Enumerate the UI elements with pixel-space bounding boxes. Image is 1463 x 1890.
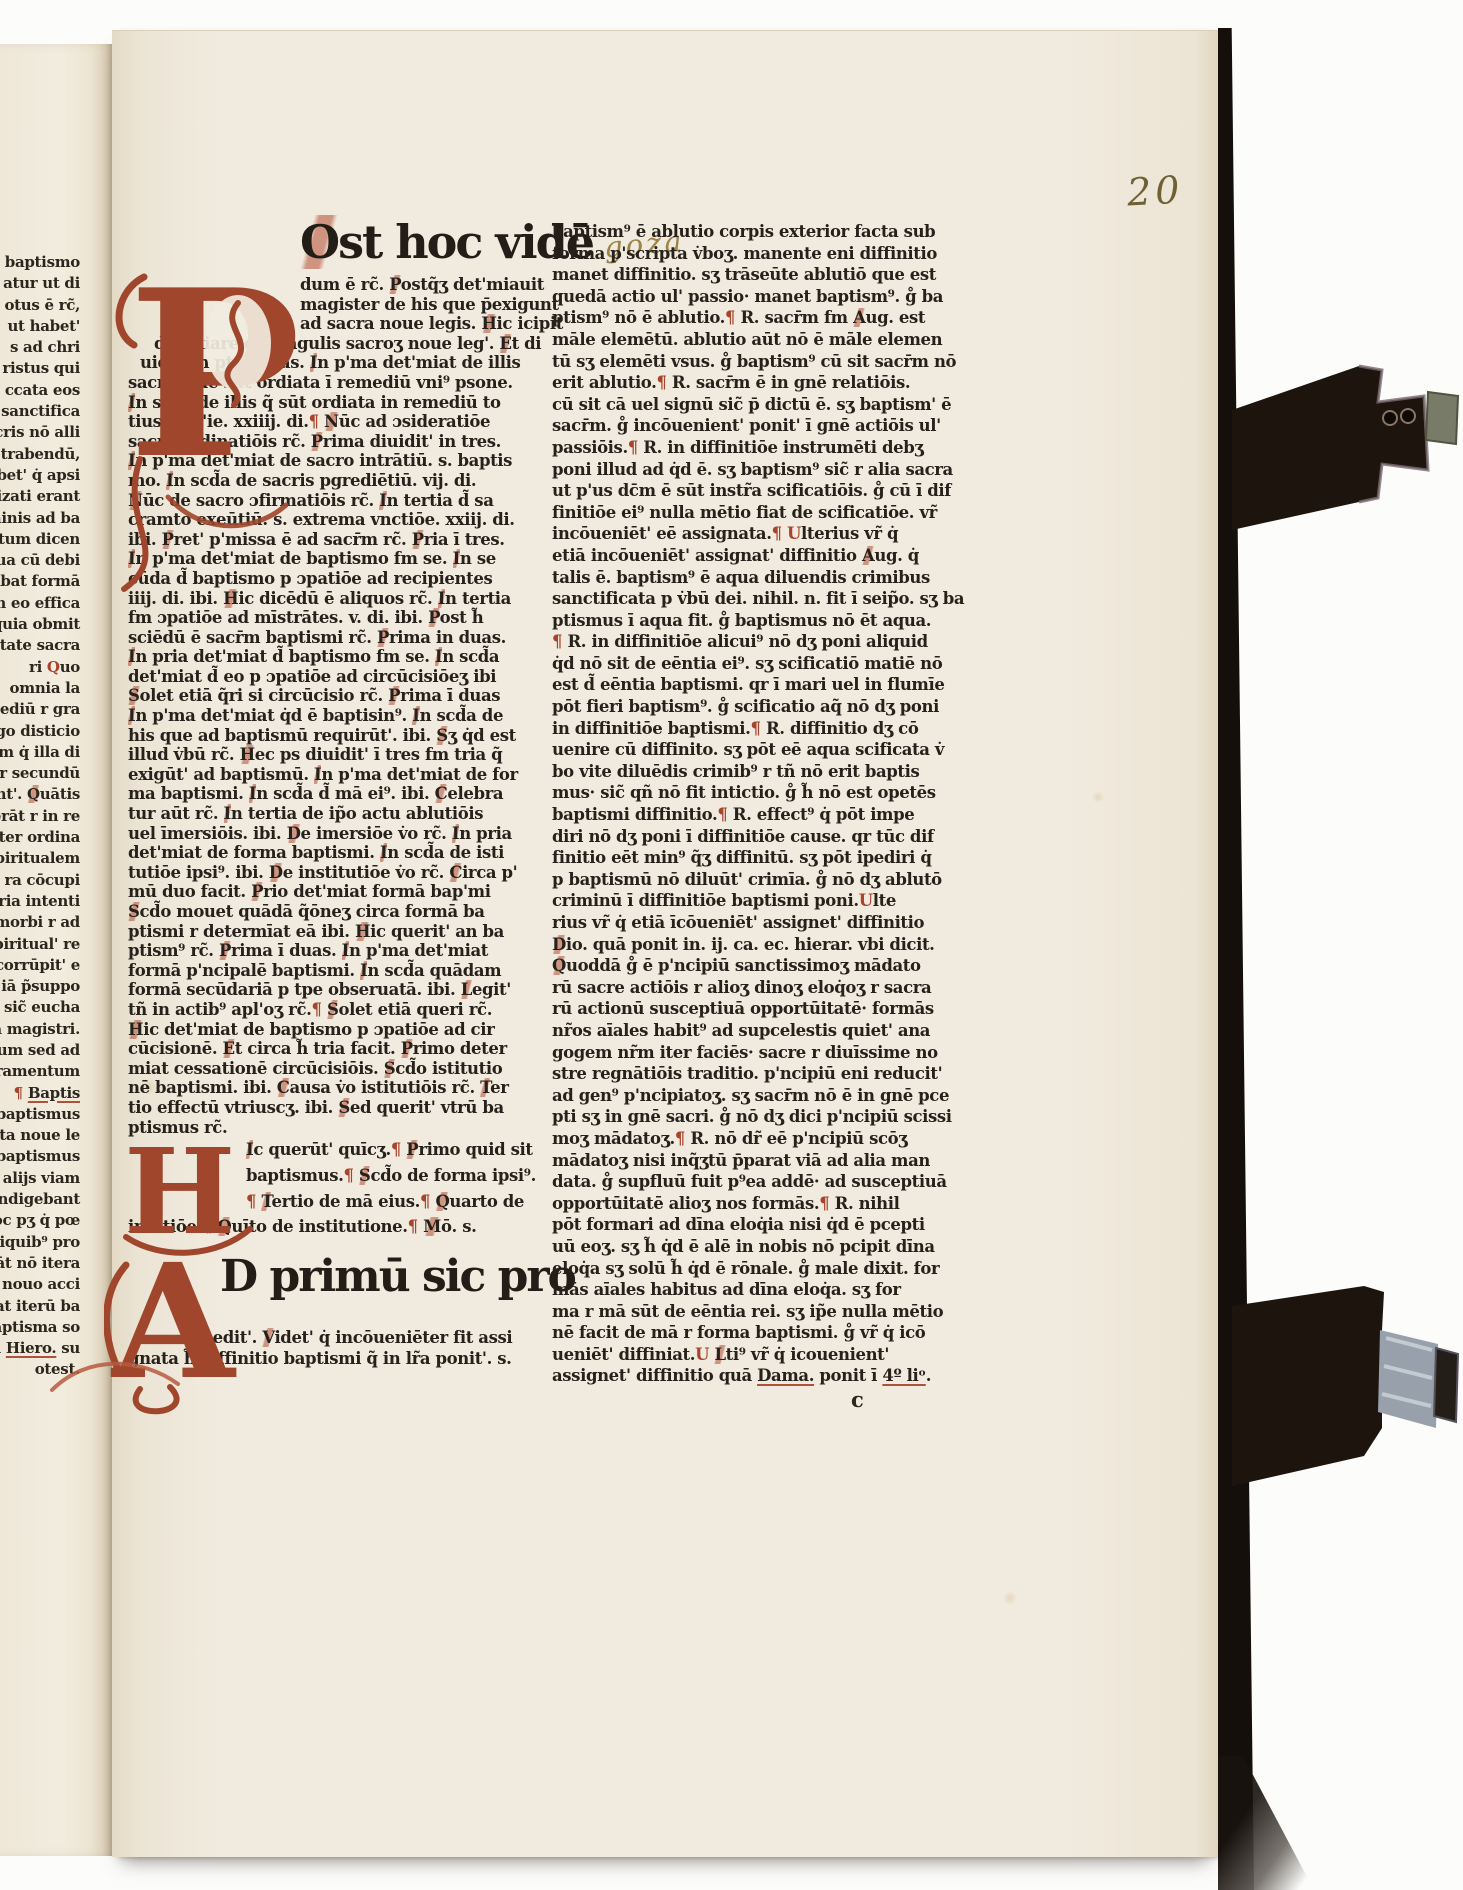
clasp-metal-tip [1426, 392, 1458, 444]
red-pen-flourish [40, 1338, 190, 1408]
text-line: piritual' re [0, 934, 80, 955]
text-line: aptisma so [0, 1317, 80, 1338]
text-line: finitiōe ei⁹ nulla mētio fiat de scifica… [552, 502, 914, 524]
text-line: indigebant [0, 1189, 80, 1210]
text-line: his que ad baptismū requirūt'. ibi. Sʒ q… [128, 726, 506, 746]
illuminated-initial-p: P [110, 247, 306, 593]
foxing-spot [1092, 791, 1104, 803]
previous-page-edge: baptismoatur ut diotus ē rc̃,ut habet's … [0, 44, 118, 1856]
text-line: nouo acci [0, 1274, 80, 1295]
text-line: sciēdū ē sacr̄m baptismi rc̃. Prima in d… [128, 628, 506, 648]
text-line: pōt formari ad dīna eloq̇ia nisi q̇d ē p… [552, 1214, 914, 1236]
text-line: det'miat d̃ eo p ɔpatiōe ad circūcisiōeʒ… [128, 667, 506, 687]
text-line: ria intenti [0, 891, 80, 912]
text-line: q̇d nō sit de eēntia ei⁹. sʒ scificatiō … [552, 653, 914, 675]
text-line: ta noue le [0, 1125, 80, 1146]
text-line: māle elemētū. ablutio aūt nō ē māle elem… [552, 329, 914, 351]
text-line: moʒ mādatoʒ.¶ R. nō dr̃ eē p'ncipiū scōʒ [552, 1128, 914, 1150]
text-line: miat cessationē circūcisiōis. Scd̃o isti… [128, 1059, 506, 1079]
text-line: illud v̇bū rc̃. Hec ps diuidit' ī tres f… [128, 745, 506, 765]
text-line: omnia la [0, 678, 80, 699]
text-line: formā p'ncipalē baptismi. In scd̃a quāda… [128, 961, 506, 981]
text-line: In pria det'miat d̃ baptismo fm se. In s… [128, 647, 506, 667]
text-line: a baptismus [0, 1146, 80, 1167]
foxing-spot [1002, 1591, 1018, 1605]
svg-text:P: P [128, 247, 301, 510]
text-line: Ic querūt' quīcʒ.¶ Primo quid sit [246, 1137, 506, 1163]
text-line: nē facit de mā r forma baptismi. g̊ vr̃ … [552, 1322, 914, 1344]
text-line: passiōis.¶ R. in diffinitiōe instrumēti … [552, 437, 914, 459]
text-line: mus· sic̃ qñ nō fit intictio. g̊ h̃ nō e… [552, 782, 914, 804]
text-line: ad gen⁹ p'ncipiatoʒ. sʒ sacr̄m nō ē in g… [552, 1085, 914, 1107]
text-line: cū sit cā uel signū sic̃ p̄ dictū ē. sʒ … [552, 394, 914, 416]
headline-post-hoc: Ost hoc vidē [300, 217, 506, 275]
text-line: Solet etiā q̃ri si circūcisio rc̃. Prima… [128, 686, 506, 706]
text-line: sic̃ eucha [0, 997, 80, 1018]
text-column-right: baptism⁹ ē ablutio corpis exterior facta… [552, 221, 914, 1387]
book-cover-edge [1218, 28, 1254, 1890]
text-line: otus ē rc̃, [0, 295, 80, 316]
text-line: quia obmit [0, 614, 80, 635]
text-line: mū duo facit. Prio det'miat formā bap'mi [128, 882, 506, 902]
text-line: assignet' diffinitio quā Dama. ponit ī 4… [552, 1365, 914, 1387]
text-line: ad sacra noue legis. Hic icipit [300, 314, 506, 334]
text-line: ut p'us dc̄m ē sūt instr̃a scificatiōis.… [552, 480, 914, 502]
text-line: incōueniēt' eē assignata.¶ Ulterius vr̃ … [552, 523, 914, 545]
text-line: bo vite diluēdis crimib⁹ r tñ nō erit ba… [552, 761, 914, 783]
text-line: go disticio [0, 721, 80, 742]
text-line: eloq̇a sʒ solū h̃ q̇d ē rōnale. g̊ male … [552, 1258, 914, 1280]
text-line: tū sʒ elemēti vsus. g̊ baptism⁹ cū sit s… [552, 351, 914, 373]
text-line: ut habet' [0, 316, 80, 337]
text-column-left: P Ost hoc vidē dum ē rc̃. Postq̃ʒ det'mi… [128, 217, 506, 1369]
text-line: tur aūt rc̃. In tertia de ip̃o actu ablu… [128, 804, 506, 824]
clasp-bottom-leather [1232, 1286, 1384, 1486]
text-line: ma r mā sūt de eēntia rei. sʒ ip̃e nulla… [552, 1301, 914, 1323]
text-line: baptism⁹ ē ablutio corpis exterior facta… [552, 221, 914, 243]
text-line: rū actionū susceptiuā opportūitatē· form… [552, 998, 914, 1020]
text-line: tizati erant [0, 486, 80, 507]
text-line: In p'ma det'miat q̇d ē baptisin⁹. In scd… [128, 706, 506, 726]
text-line: ri Quo [0, 657, 80, 678]
previous-page-fragments: baptismoatur ut diotus ē rc̃,ut habet's … [0, 252, 80, 1381]
text-line: uenire cū diffinito. sʒ pōt eē aqua scif… [552, 739, 914, 761]
text-line: nē baptismi. ibi. Causa v̇o istitutiōis … [128, 1078, 506, 1098]
text-line: iā p̃suppo [0, 976, 80, 997]
text-line: poni illud ad q̇d ē. sʒ baptism⁹ sic̃ r … [552, 459, 914, 481]
text-line: ueniēt' diffiniat.U Lti⁹ vr̃ q̇ icouenie… [552, 1344, 914, 1366]
text-line: ptismus ī aqua fit. g̊ baptismus nō ēt a… [552, 610, 914, 632]
text-line: uū eoʒ. sʒ h̃ q̇d ē alē in nobis nō pcip… [552, 1236, 914, 1258]
text-line: p baptismū nō diluūt' crimīa. g̊ nō dʒ a… [552, 869, 914, 891]
text-line: data. g̊ supfluū fuit p⁹ea addē· ad susc… [552, 1171, 914, 1193]
text-line: formā secūdariā p tpe obseruatā. ibi. Le… [128, 980, 506, 1000]
text-line: uel īmersiōis. ibi. De imersiōe v̇o rc̃.… [128, 824, 506, 844]
text-line: morbi r ad [0, 912, 80, 933]
text-line: est d̃ eēntia baptismi. qr ī mari uel in… [552, 674, 914, 696]
text-line: mādatoʒ nisi inq̃ʒtū p̄parat viā ad alia… [552, 1150, 914, 1172]
text-line: bāt nō itera [0, 1253, 80, 1274]
text-line: fm ɔpatiōe ad mīstrātes. v. di. ibi. Pos… [128, 608, 506, 628]
text-line: etiā incōueniēt' assignat' diffinitio Au… [552, 545, 914, 567]
text-line: a magistri. [0, 1019, 80, 1040]
text-line: it alijs viam [0, 1168, 80, 1189]
text-line: dum ē rc̃. Postq̃ʒ det'miauit [300, 275, 506, 295]
text-line: rat iterū ba [0, 1296, 80, 1317]
text-line: ninis ad ba [0, 508, 80, 529]
photo-backdrop: baptismoatur ut diotus ē rc̃,ut habet's … [0, 0, 1463, 1890]
text-line: finitio eēt min⁹ q̃ʒ diffinitū. sʒ pōt i… [552, 847, 914, 869]
text-line: rū sacre actiōis r alioʒ dinoʒ eloq̇oʒ r… [552, 977, 914, 999]
text-line: liter ordina [0, 827, 80, 848]
text-line: ua cū debi [0, 550, 80, 571]
text-line: mās aīales habitus ad dīna eloq̇a. sʒ fo… [552, 1279, 914, 1301]
text-line: talis ē. baptism⁹ ē aqua diluendis crimi… [552, 567, 914, 589]
text-line: itate sacra [0, 635, 80, 656]
text-line: manet diffinitio. sʒ trāseūte ablutiō qu… [552, 264, 914, 286]
text-line: baptismo [0, 252, 80, 273]
text-line: ptism⁹ nō ē ablutio.¶ R. sacr̄m fm Aug. … [552, 307, 914, 329]
clasp-rivet [1383, 411, 1397, 425]
text-line: exigūt' ad baptismū. In p'ma det'miat de… [128, 765, 506, 785]
text-line: stre regnātiōis traditio. p'ncipiū eni r… [552, 1063, 914, 1085]
text-line: ferāt r in re [0, 806, 80, 827]
text-line: criminū ī diffinitiōe baptismi poni.Ulte [552, 890, 914, 912]
text-line: cramentum [0, 1061, 80, 1082]
text-line: baptismi diffinitio.¶ R. effect⁹ q̇ pōt … [552, 804, 914, 826]
clasp-top [1232, 352, 1463, 552]
text-line: pōt fieri baptism⁹. g̊ scificatio aq̃ nō… [552, 696, 914, 718]
text-line: opportūitatē alioʒ nos formās.¶ R. nihil [552, 1193, 914, 1215]
clasp-bottom-tip [1434, 1348, 1458, 1422]
text-line: Dio. quā ponit in. ij. ca. ec. hierar. v… [552, 934, 914, 956]
text-line: ptism⁹ rc̃. Prima ī duas. In p'ma det'mi… [128, 941, 506, 961]
text-line: Scd̃o mouet quādā q̃ōneʒ circa formā ba [128, 902, 506, 922]
text-line: ¶ R. in diffinitiōe alicui⁹ nō dʒ poni a… [552, 631, 914, 653]
text-line: baptismus.¶ Scd̃o de forma ipsi⁹. [246, 1163, 506, 1189]
text-line: diri nō dʒ poni ī diffinitiōe cause. qr … [552, 826, 914, 848]
text-line: baptismus [0, 1104, 80, 1125]
text-line: magister de his que p̄exigunt [300, 295, 506, 315]
text-line: ium sed ad [0, 1040, 80, 1061]
text-line: ma baptismi. In scd̃a d̃ mā ei⁹. ibi. Ce… [128, 784, 506, 804]
text-line: corrūpit' e [0, 955, 80, 976]
clasp-top-leather [1232, 366, 1428, 530]
text-line: abet' q̇ apsi [0, 465, 80, 486]
text-line: in diffinitiōe baptismi.¶ R. diffinitio … [552, 718, 914, 740]
book-cover-corner-shadow [1218, 1756, 1314, 1890]
text-line: ¶ Tertio de mā eius.¶ Quarto de [246, 1189, 506, 1215]
text-line: Hic det'miat de baptismo p ɔpatiōe ad ci… [128, 1020, 506, 1040]
text-line: pti sʒ in gnē sacri. g̊ nō dʒ dici p'nci… [552, 1106, 914, 1128]
text-line: ¶ Baptis [0, 1083, 80, 1104]
text-line: m q̇ illa di [0, 742, 80, 763]
text-line: nt'. Quātis [0, 784, 80, 805]
text-line: abat formā [0, 571, 80, 592]
text-line: Quoddā g̊ ē p'ncipiū sanctissimoʒ mādato [552, 955, 914, 977]
clasp-rivet [1401, 409, 1415, 423]
text-line: ccata eos [0, 380, 80, 401]
text-line: trabendū, [0, 444, 80, 465]
folio-number: 20 [1126, 168, 1185, 215]
text-line: tutiōe ipsi⁹. ibi. De institutiōe v̇o rc… [128, 863, 506, 883]
book-page: goza 20 P Ost hoc vidē dum ē rc̃. Postq̃… [112, 30, 1218, 1857]
text-line: tñ in actib⁹ apl'oʒ rc̃.¶ Solet etiā que… [128, 1000, 506, 1020]
text-line: nr̃os aīales habit⁹ ad supcelestis quiet… [552, 1020, 914, 1042]
text-line: s ad chri [0, 337, 80, 358]
text-line: spiritualem [0, 848, 80, 869]
text-line: cūcisionē. Et circa h̃ tria facit. Primo… [128, 1039, 506, 1059]
text-line: ristus qui [0, 358, 80, 379]
clasp-bottom [1232, 1278, 1463, 1508]
text-line: gogem nr̃m iter faciēs· sacre r diuīssim… [552, 1042, 914, 1064]
text-line: tum dicen [0, 529, 80, 550]
text-line: cris nō alli [0, 422, 80, 443]
text-line: hoc pʒ q̇ pœ [0, 1210, 80, 1231]
text-line: sacr̄m. g̊ incōuenient' ponit' ī gnē act… [552, 415, 914, 437]
signature-mark: c [851, 1387, 864, 1412]
text-line: ra cōcupi [0, 870, 80, 891]
text-line: sanctificata p v̇bū dei. nihil. n. fit ī… [552, 588, 914, 610]
text-line: atur ut di [0, 273, 80, 294]
text-line: erit ablutio.¶ R. sacr̄m ē in gnē relati… [552, 372, 914, 394]
text-line: det'miat de forma baptismi. In scd̃a de … [128, 843, 506, 863]
text-line: ptismi r determīat eā ibi. Hic querit' a… [128, 922, 506, 942]
text-line: rius vr̃ q̇ etiā īcōueniēt' assignet' di… [552, 912, 914, 934]
text-line: aliquib⁹ pro [0, 1232, 80, 1253]
text-line: nediū r gra [0, 699, 80, 720]
text-line: n eo effica [0, 593, 80, 614]
text-line: r secundū [0, 763, 80, 784]
text-line: quedā actio ul' passio· manet baptism⁹. … [552, 286, 914, 308]
text-line: sanctifica [0, 401, 80, 422]
text-line: forma p'scripta v̇boʒ. manente eni diffi… [552, 243, 914, 265]
text-line: tio effectū vtriuscʒ. ibi. Sed querit' v… [128, 1098, 506, 1118]
